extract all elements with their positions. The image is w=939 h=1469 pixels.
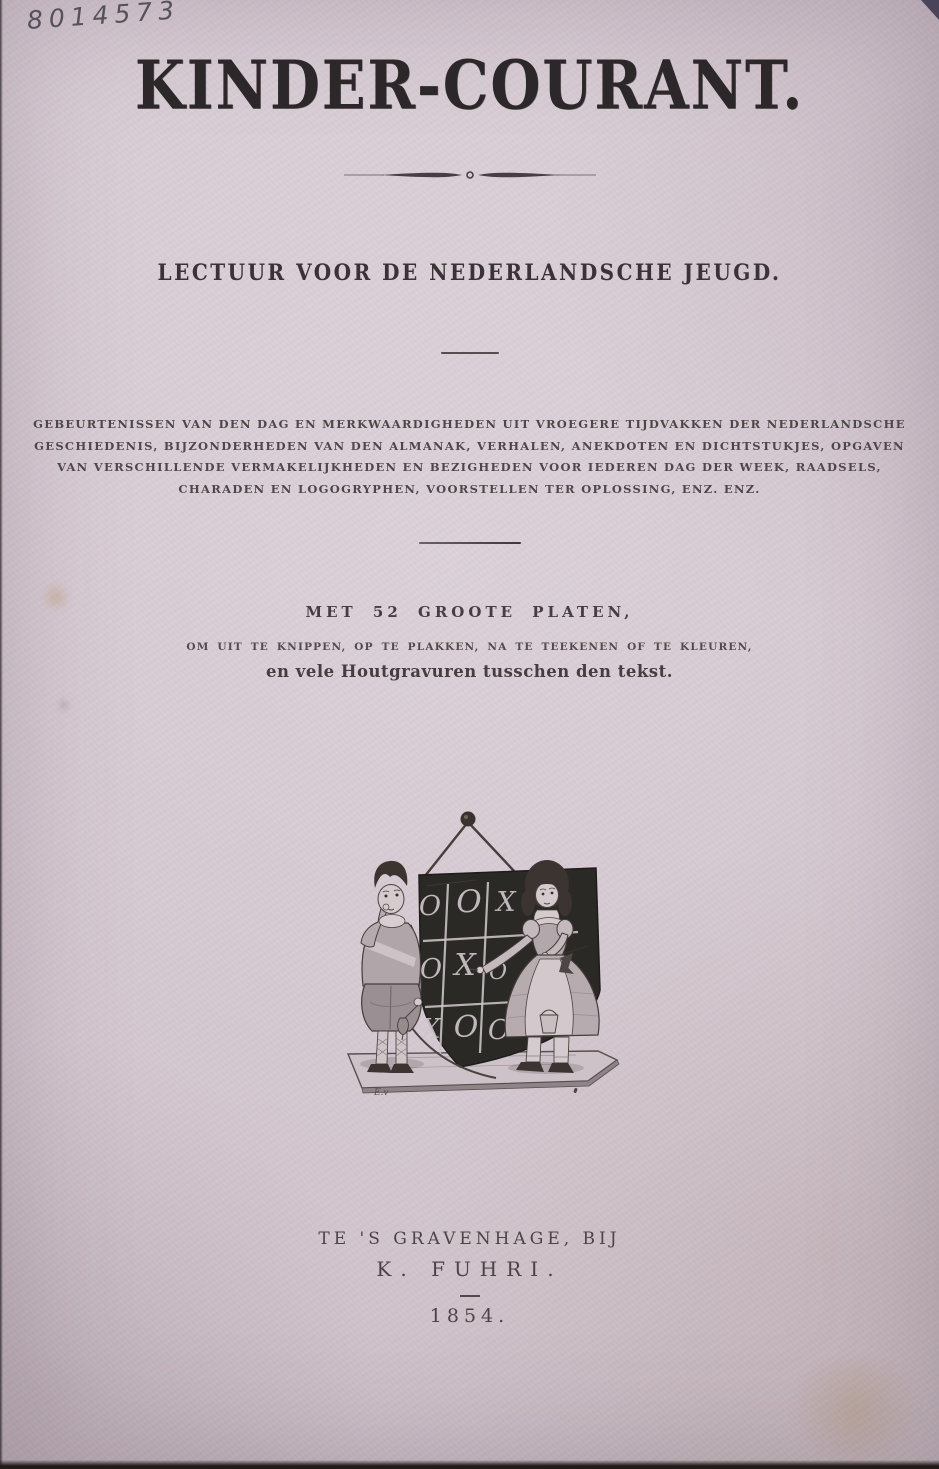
contents-description: GEBEURTENISSEN VAN DEN DAG EN MERKWAARDI… bbox=[0, 414, 939, 500]
section-rule-top bbox=[441, 352, 499, 354]
contents-description-line: GEBEURTENISSEN VAN DEN DAG EN MERKWAARDI… bbox=[0, 414, 939, 436]
handwritten-catalog-number: 8014573 bbox=[26, 0, 181, 35]
contents-description-line: CHARADEN EN LOGOGRYPHEN, VOORSTELLEN TER… bbox=[0, 479, 939, 501]
board-cell: O bbox=[456, 884, 481, 920]
scan-corner-shadow bbox=[921, 0, 939, 20]
imprint-place-line: TE 'S GRAVENHAGE, BIJ bbox=[0, 1229, 939, 1249]
imprint-year: 1854. bbox=[0, 1305, 939, 1327]
board-cell: O bbox=[420, 954, 442, 985]
section-rule-middle bbox=[419, 542, 521, 544]
page-title: KINDER-COURANT. bbox=[47, 46, 892, 125]
board-cell: O bbox=[419, 891, 441, 922]
engraving-children-slate: O O X O X O X O O bbox=[326, 806, 638, 1104]
imprint-separator-rule bbox=[460, 1295, 480, 1297]
engraver-signature: E.v bbox=[373, 1088, 389, 1098]
scan-edge-left bbox=[0, 0, 3, 1469]
divider-ornament bbox=[340, 166, 600, 184]
scanned-title-page: 8014573 KINDER-COURANT. LECTUUR VOOR DE … bbox=[0, 0, 939, 1469]
contents-description-line: VAN VERSCHILLENDE VERMAKELIJKHEDEN EN BE… bbox=[0, 457, 939, 479]
imprint-publisher: K. FUHRI. bbox=[0, 1257, 939, 1281]
board-cell: O bbox=[454, 1010, 479, 1045]
plates-statement: MET 52 GROOTE PLATEN, bbox=[0, 603, 939, 621]
paper-stain bbox=[56, 698, 72, 712]
paper-stain bbox=[780, 1360, 930, 1460]
paper-stain bbox=[42, 580, 70, 614]
board-cell: X bbox=[494, 887, 517, 918]
woodcuts-note: en vele Houtgravuren tusschen den tekst. bbox=[0, 662, 939, 681]
scan-edge-bottom bbox=[0, 1460, 939, 1469]
hanging-peg-and-cord-illustration bbox=[425, 812, 514, 877]
contents-description-line: GESCHIEDENIS, BIJZONDERHEDEN VAN DEN ALM… bbox=[0, 436, 939, 458]
page-subtitle: LECTUUR VOOR DE NEDERLANDSCHE JEUGD. bbox=[0, 259, 939, 285]
boy-figure-illustration bbox=[361, 861, 422, 1073]
plates-usage-note: OM UIT TE KNIPPEN, OP TE PLAKKEN, NA TE … bbox=[0, 641, 939, 653]
board-cell: X bbox=[452, 948, 477, 983]
